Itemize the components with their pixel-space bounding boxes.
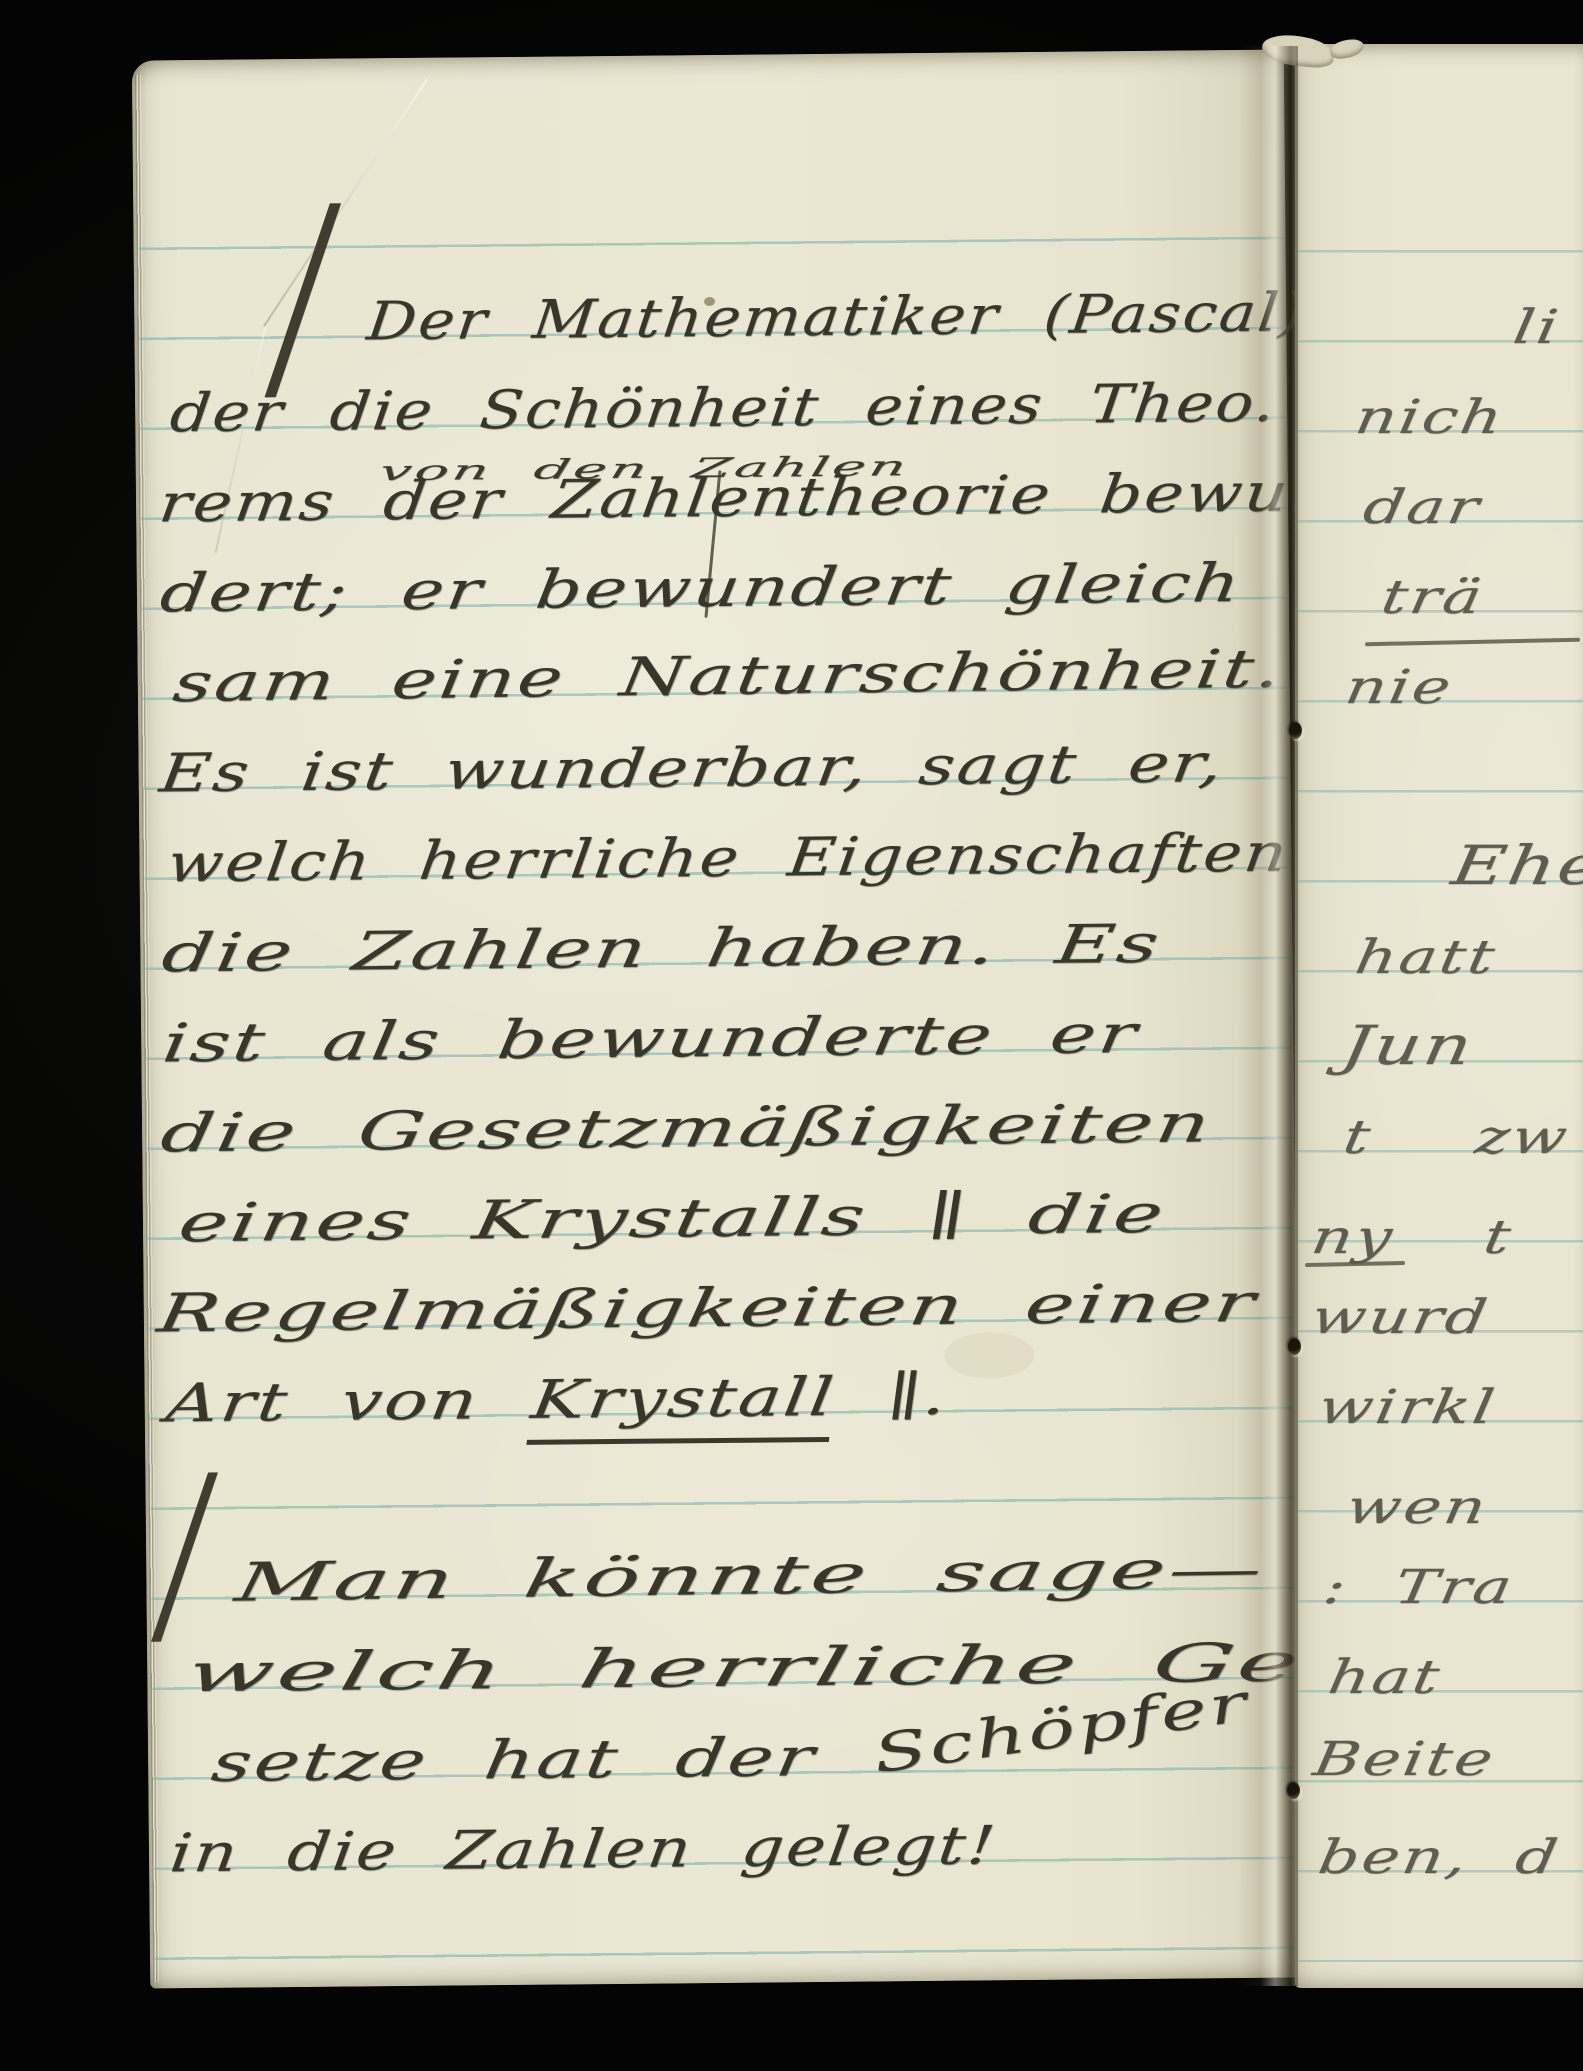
binding-hole <box>1287 1782 1300 1799</box>
handwritten-line: die Gesetzmäßigkeiten <box>157 1097 1216 1160</box>
handwritten-fragment: ny t <box>1308 1214 1516 1261</box>
right-page: li nich dar trä nie Ehe hatt Jun t zw ny… <box>1295 44 1583 1988</box>
handwritten-line: der die Schönheit eines Theo. <box>167 377 1280 441</box>
handwritten-fragment: hatt <box>1352 934 1500 981</box>
handwritten-fragment: li <box>1510 304 1564 351</box>
handwritten-fragment: nich <box>1352 394 1508 441</box>
handwritten-fragment: hat <box>1325 1654 1445 1701</box>
handwritten-line: die Zahlen haben. Es <box>159 918 1165 981</box>
handwritten-fragment: Ehe <box>1448 839 1583 893</box>
handwritten-line: setze hat der Schöpfer <box>208 1727 1250 1790</box>
handwritten-line: Man könnte sage— : <box>232 1541 1373 1609</box>
handwritten-line: Regelmäßigkeiten einer <box>154 1277 1261 1341</box>
handwritten-fragment: wirkl <box>1315 1384 1500 1431</box>
left-page: / / Der Mathematiker (Pascal) der die Sc… <box>132 50 1302 1989</box>
handwritten-line: sam eine Naturschönheit. <box>170 642 1286 710</box>
handwritten-fragment: dar <box>1360 484 1485 531</box>
handwritten-fragment: : Tra <box>1320 1564 1518 1611</box>
underline-stroke <box>1365 638 1580 646</box>
section-slash-mark: / <box>275 177 330 413</box>
handwritten-line: Der Mathematiker (Pascal) <box>365 286 1309 348</box>
section-slash-mark: / <box>160 1450 208 1655</box>
handwritten-line: dert; er bewundert gleich <box>157 557 1245 620</box>
binding-hole <box>1289 722 1302 739</box>
binding-hole <box>1288 1338 1301 1355</box>
underlined-word: Krystall <box>526 1367 839 1445</box>
handwritten-line: welch herrliche Eigenschaften <box>165 826 1292 890</box>
handwritten-fragment: wen <box>1343 1484 1492 1531</box>
handwritten-line: Art von Krystall ∥. <box>163 1370 953 1431</box>
handwritten-fragment: Jun <box>1338 1019 1478 1073</box>
underline-stroke <box>1305 1261 1405 1267</box>
handwritten-fragment: t zw <box>1340 1114 1573 1161</box>
handwritten-fragment: ben, d <box>1315 1834 1563 1881</box>
handwritten-fragment: wurd <box>1308 1294 1493 1341</box>
handwritten-fragment: Beite <box>1310 1736 1499 1783</box>
scanned-notebook-photo: / / Der Mathematiker (Pascal) der die Sc… <box>0 0 1583 2071</box>
handwritten-line: rems der Zahlentheorie bewun <box>156 466 1337 530</box>
handwritten-line: eines Krystalls ∥ die <box>175 1188 1169 1251</box>
handwritten-fragment: trä <box>1378 574 1488 621</box>
line-text: setze hat der <box>208 1726 877 1793</box>
line13-text: ∥. <box>831 1366 953 1428</box>
handwritten-line: ist als bewunderte er <box>159 1008 1142 1070</box>
handwritten-fragment: nie <box>1342 664 1457 711</box>
handwritten-line: Es ist wunderbar, sagt er, <box>157 737 1228 800</box>
line13-text: Art von <box>162 1370 535 1435</box>
handwritten-line: in die Zahlen gelegt! <box>167 1819 1000 1880</box>
paper-stain <box>944 1332 1034 1379</box>
